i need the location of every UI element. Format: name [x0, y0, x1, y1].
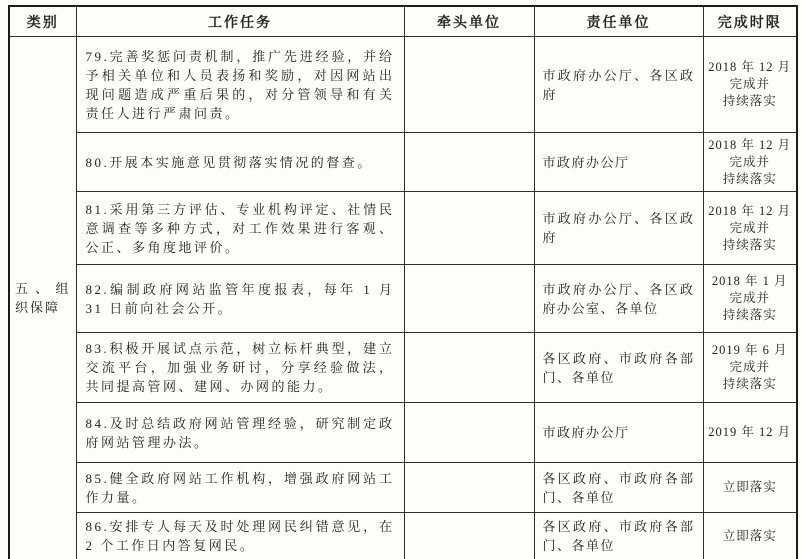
deadline-cell: 2018 年 12 月 完成并 持续落实 — [703, 37, 797, 133]
table-row-84: 84.及时总结政府网站管理经验，研究制定政府网站管理办法。 市政府办公厅 201… — [9, 403, 797, 463]
lead-unit-cell — [404, 463, 534, 513]
col-header-category: 类别 — [9, 6, 76, 37]
table-row-82: 82.编制政府网站监管年度报表，每年 1 月 31 日前向社会公开。 市政府办公… — [9, 265, 797, 333]
task-cell: 84.及时总结政府网站管理经验，研究制定政府网站管理办法。 — [76, 403, 404, 463]
deadline-cell: 立即落实 — [703, 463, 797, 513]
responsible-unit-cell: 市政府办公厅、各区政府办公室、各单位 — [534, 265, 703, 333]
task-cell: 83.积极开展试点示范，树立标杆典型，建立交流平台，加强业务研讨，分享经验做法，… — [76, 333, 404, 403]
task-cell: 80.开展本实施意见贯彻落实情况的督查。 — [76, 133, 404, 192]
task-cell: 85.健全政府网站工作机构，增强政府网站工作力量。 — [76, 463, 404, 513]
col-header-task: 工作任务 — [76, 6, 404, 37]
document-page: 类别 工作任务 牵头单位 责任单位 完成时限 五、组织保障 79.完善奖惩问责机… — [0, 0, 804, 559]
work-task-table: 类别 工作任务 牵头单位 责任单位 完成时限 五、组织保障 79.完善奖惩问责机… — [8, 5, 798, 559]
col-header-deadline: 完成时限 — [703, 6, 797, 37]
task-cell: 86.安排专人每天及时处理网民纠错意见，在 2 个工作日内答复网民。 — [76, 513, 404, 559]
responsible-unit-cell: 各区政府、市政府各部门、各单位 — [534, 513, 703, 559]
deadline-cell: 2018 年 12 月 完成并 持续落实 — [703, 133, 797, 192]
lead-unit-cell — [404, 265, 534, 333]
deadline-cell: 2019 年 12 月 — [703, 403, 797, 463]
responsible-unit-cell: 各区政府、市政府各部门、各单位 — [534, 463, 703, 513]
table-row-85: 85.健全政府网站工作机构，增强政府网站工作力量。 各区政府、市政府各部门、各单… — [9, 463, 797, 513]
deadline-cell: 2019 年 6 月 完成并 持续落实 — [703, 333, 797, 403]
lead-unit-cell — [404, 37, 534, 133]
table-row-86: 86.安排专人每天及时处理网民纠错意见，在 2 个工作日内答复网民。 各区政府、… — [9, 513, 797, 559]
lead-unit-cell — [404, 192, 534, 265]
task-cell: 82.编制政府网站监管年度报表，每年 1 月 31 日前向社会公开。 — [76, 265, 404, 333]
responsible-unit-cell: 市政府办公厅、各区政府 — [534, 192, 703, 265]
task-cell: 81.采用第三方评估、专业机构评定、社情民意调查等多种方式，对工作效果进行客观、… — [76, 192, 404, 265]
deadline-cell: 立即落实 — [703, 513, 797, 559]
lead-unit-cell — [404, 513, 534, 559]
responsible-unit-cell: 各区政府、市政府各部门、各单位 — [534, 333, 703, 403]
table-header-row: 类别 工作任务 牵头单位 责任单位 完成时限 — [9, 6, 797, 37]
table-row-79: 五、组织保障 79.完善奖惩问责机制，推广先进经验，并给予相关单位和人员表扬和奖… — [9, 37, 797, 133]
col-header-responsible-unit: 责任单位 — [534, 6, 703, 37]
deadline-cell: 2018 年 1 月 完成并 持续落实 — [703, 265, 797, 333]
lead-unit-cell — [404, 133, 534, 192]
lead-unit-cell — [404, 403, 534, 463]
responsible-unit-cell: 市政府办公厅 — [534, 133, 703, 192]
task-cell: 79.完善奖惩问责机制，推广先进经验，并给予相关单位和人员表扬和奖励，对因网站出… — [76, 37, 404, 133]
col-header-lead-unit: 牵头单位 — [404, 6, 534, 37]
category-cell: 五、组织保障 — [9, 37, 76, 559]
lead-unit-cell — [404, 333, 534, 403]
table-row-81: 81.采用第三方评估、专业机构评定、社情民意调查等多种方式，对工作效果进行客观、… — [9, 192, 797, 265]
responsible-unit-cell: 市政府办公厅 — [534, 403, 703, 463]
responsible-unit-cell: 市政府办公厅、各区政府 — [534, 37, 703, 133]
deadline-cell: 2018 年 12 月 完成并 持续落实 — [703, 192, 797, 265]
table-row-80: 80.开展本实施意见贯彻落实情况的督查。 市政府办公厅 2018 年 12 月 … — [9, 133, 797, 192]
table-row-83: 83.积极开展试点示范，树立标杆典型，建立交流平台，加强业务研讨，分享经验做法，… — [9, 333, 797, 403]
